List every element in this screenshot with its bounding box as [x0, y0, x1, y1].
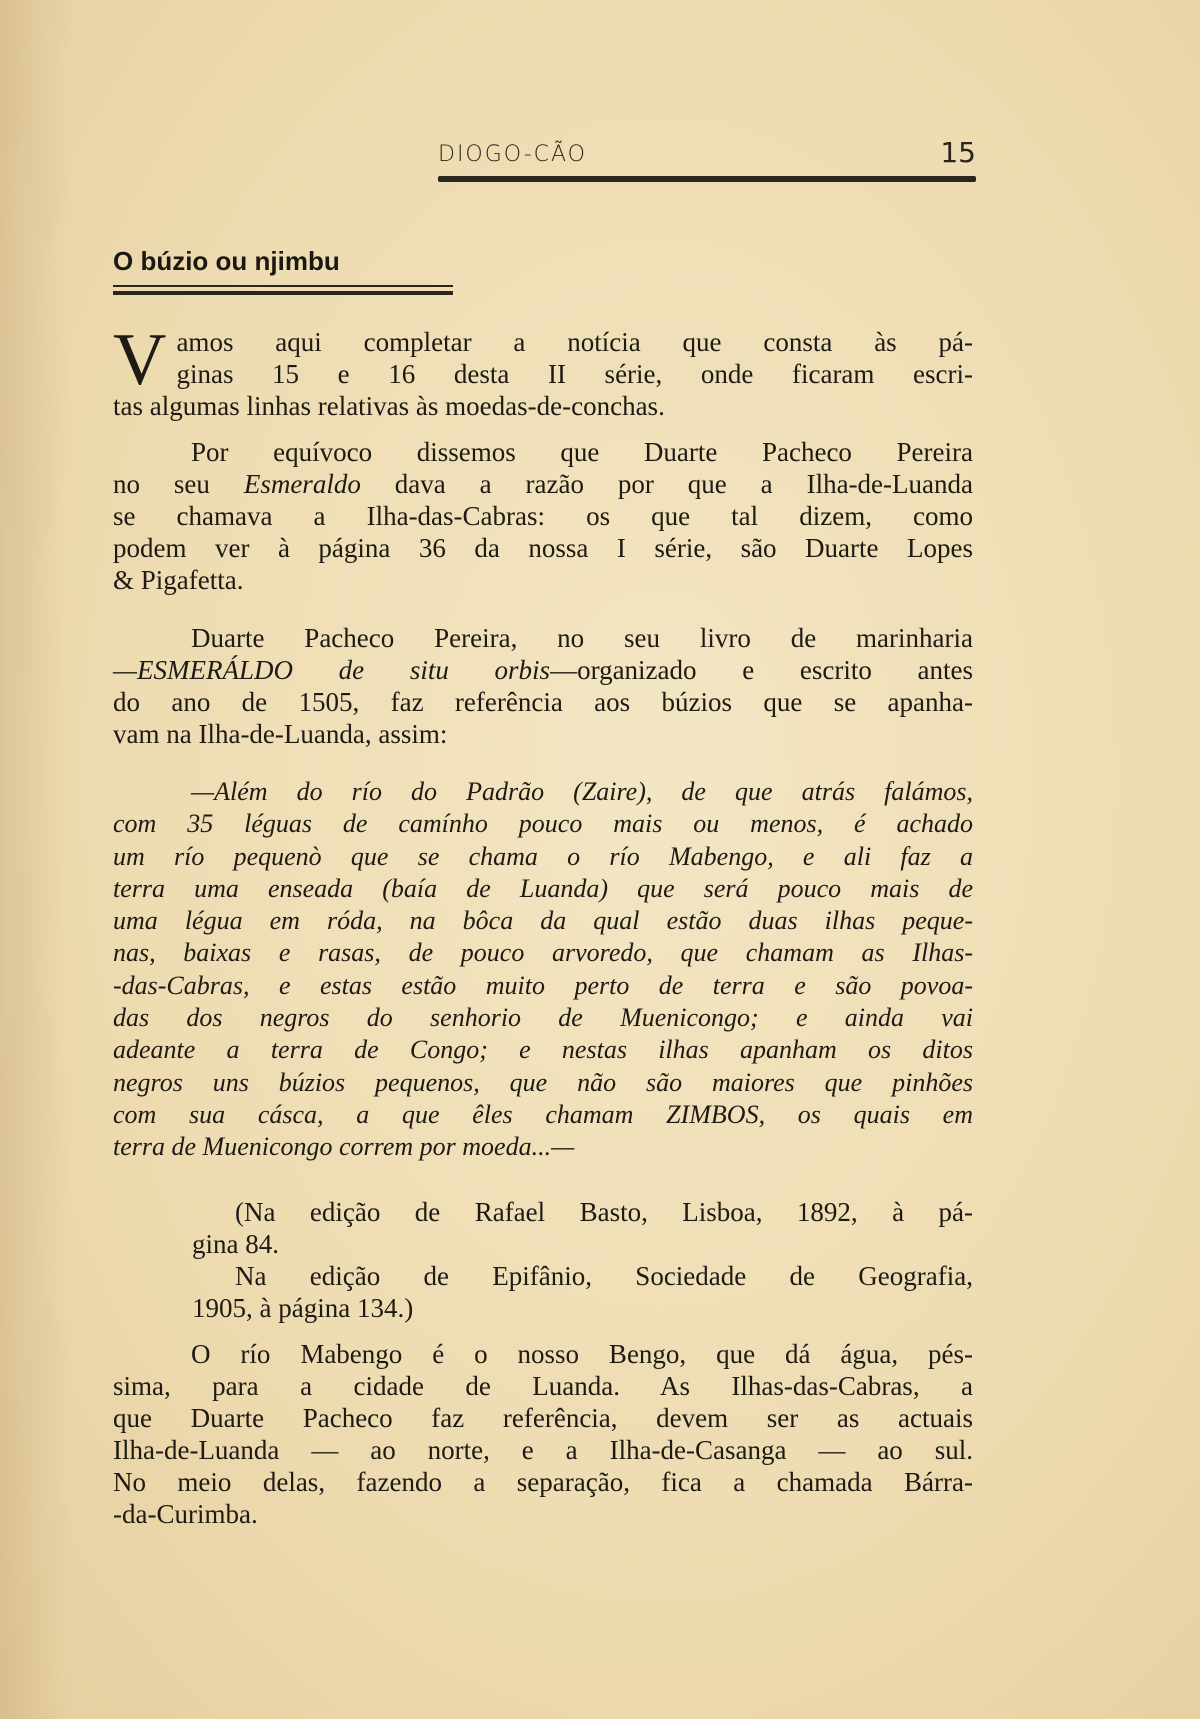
running-title: DIOGO-CÃO: [438, 142, 587, 167]
paragraph-intro: V amos aqui completar a notícia que cons…: [113, 326, 973, 422]
text-line: —ESMERÁLDO de situ orbis—organizado e es…: [113, 654, 973, 686]
reference-line: gina 84.: [140, 1228, 973, 1260]
paragraph-bengo: O río Mabengo é o nosso Bengo, que dá ág…: [113, 1338, 973, 1530]
text-fragment: —organizado e escrito antes: [550, 655, 973, 685]
text-line: tas algumas linhas relativas às moedas-d…: [113, 390, 973, 422]
quote-line: com 35 léguas de camínho pouco mais ou m…: [113, 808, 973, 840]
quote-line: uma légua em róda, na bôca da qual estão…: [113, 905, 973, 937]
text-line: Duarte Pacheco Pereira, no seu livro de …: [113, 622, 973, 654]
quote-line: adeante a terra de Congo; e nestas ilhas…: [113, 1034, 973, 1066]
text-line: ginas 15 e 16 desta II série, onde ficar…: [113, 358, 973, 390]
quote-line: terra de Muenicongo correm por moeda...—: [113, 1131, 973, 1163]
quote-line: —Além do río do Padrão (Zaire), de que a…: [113, 776, 973, 808]
page-gutter-shade: [0, 0, 70, 1719]
page-number: 15: [940, 136, 976, 169]
title-underline-thin: [113, 285, 453, 287]
reference-line: 1905, à página 134.): [140, 1292, 973, 1324]
quote-line: negros uns búzios pequenos, que não são …: [113, 1067, 973, 1099]
text-line: & Pigafetta.: [113, 564, 973, 596]
running-header: DIOGO-CÃO 15: [438, 136, 976, 176]
text-line: O río Mabengo é o nosso Bengo, que dá ág…: [113, 1338, 973, 1370]
text-line: se chamava a Ilha-das-Cabras: os que tal…: [113, 500, 973, 532]
text-line: No meio delas, fazendo a separação, fica…: [113, 1466, 973, 1498]
drop-cap: V: [113, 330, 166, 390]
quote-line: terra uma enseada (baía de Luanda) que s…: [113, 873, 973, 905]
text-line: -da-Curimba.: [113, 1498, 973, 1530]
book-title-esmeraldo: Esmeraldo: [244, 469, 361, 499]
edition-references: (Na edição de Rafael Basto, Lisboa, 1892…: [140, 1196, 973, 1324]
quote-line: das dos negros do senhorio de Muenicongo…: [113, 1002, 973, 1034]
text-line: podem ver à página 36 da nossa I série, …: [113, 532, 973, 564]
quote-line: nas, baixas e rasas, de pouco arvoredo, …: [113, 937, 973, 969]
paragraph-esmeraldo: Duarte Pacheco Pereira, no seu livro de …: [113, 622, 973, 750]
text-line: no seu Esmeraldo dava a razão por que a …: [113, 468, 973, 500]
quote-line: com sua cásca, a que êles chamam ZIMBOS,…: [113, 1099, 973, 1131]
text-line: Ilha-de-Luanda — ao norte, e a Ilha-de-C…: [113, 1434, 973, 1466]
block-quote: —Além do río do Padrão (Zaire), de que a…: [113, 776, 973, 1164]
paragraph-correction: Por equívoco dissemos que Duarte Pacheco…: [113, 436, 973, 596]
reference-line: (Na edição de Rafael Basto, Lisboa, 1892…: [140, 1196, 973, 1228]
book-page: DIOGO-CÃO 15 O búzio ou njimbu V amos aq…: [0, 0, 1200, 1719]
text-line: amos aqui completar a notícia que consta…: [113, 326, 973, 358]
quote-line: -das-Cabras, e estas estão muito perto d…: [113, 970, 973, 1002]
header-rule: [438, 176, 976, 182]
title-underline-thick: [113, 291, 453, 295]
text-fragment: no seu: [113, 469, 244, 499]
text-line: vam na Ilha-de-Luanda, assim:: [113, 718, 973, 750]
text-line: do ano de 1505, faz referência aos búzio…: [113, 686, 973, 718]
text-line: Por equívoco dissemos que Duarte Pacheco…: [113, 436, 973, 468]
quote-line: um río pequenò que se chama o río Mabeng…: [113, 841, 973, 873]
reference-line: Na edição de Epifânio, Sociedade de Geog…: [140, 1260, 973, 1292]
section-title: O búzio ou njimbu: [113, 246, 340, 277]
text-line: sima, para a cidade de Luanda. As Ilhas-…: [113, 1370, 973, 1402]
book-title-esmeraldo-de-situ-orbis: —ESMERÁLDO de situ orbis: [113, 655, 550, 685]
text-fragment: dava a razão por que a Ilha-de-Luanda: [361, 469, 973, 499]
text-line: que Duarte Pacheco faz referência, devem…: [113, 1402, 973, 1434]
